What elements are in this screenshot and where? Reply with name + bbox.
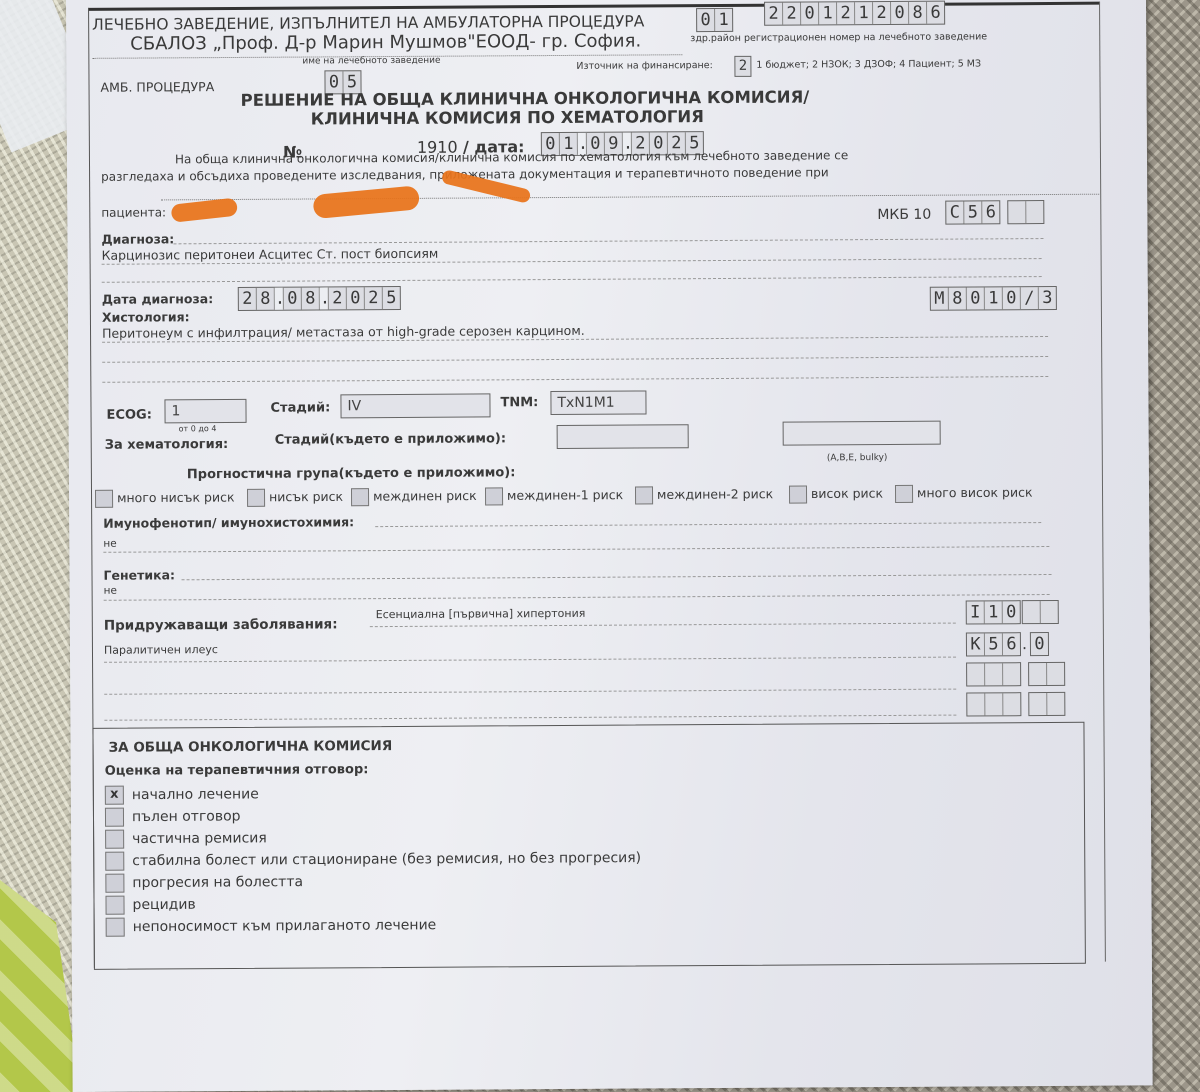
risk-label: междинен риск [373,488,477,504]
response-label: рецидив [132,897,195,913]
response-label: частична ремисия [132,830,267,847]
region-digit: 0 [697,9,715,31]
institution-caption: име на лечебното заведение [302,56,440,67]
comorbidity-code-boxes[interactable]: I 1 0 [966,600,1021,624]
risk-option[interactable]: междинен-1 риск [485,487,623,506]
financing-label: Източник на финансиране: [576,60,712,72]
code-char [1003,693,1020,715]
checkbox[interactable] [95,490,113,508]
date-digit: 8 [257,288,275,310]
section-title: ЗА ОБЩА ОНКОЛОГИЧНА КОМИСИЯ [109,738,393,756]
hem-stage-label: Стадий(където е приложимо): [275,431,506,447]
histology-label: Хистология: [102,309,190,325]
icd-char: C [946,202,964,224]
form-title-line2: КЛИНИЧНА КОМИСИЯ ПО ХЕМАТОЛОГИЯ [311,107,704,128]
region-digit: 1 [715,9,732,31]
reg-digit: 2 [765,3,783,25]
date-digit: 2 [329,287,347,309]
risk-option[interactable]: междинен риск [351,488,477,507]
response-option[interactable]: непоносимост към прилаганото лечение [106,916,437,937]
morphology-code-boxes[interactable]: M 8 0 1 0 / 3 [930,286,1057,311]
comorbidity-code-boxes[interactable] [966,662,1021,686]
hem-stage-field[interactable] [557,424,689,449]
checkbox[interactable] [351,488,369,506]
checkbox[interactable] [105,896,124,915]
code-char [1041,601,1058,623]
code-char [985,693,1003,715]
form-title-line1: РЕШЕНИЕ НА ОБЩА КЛИНИЧНА ОНКОЛОГИЧНА КОМ… [241,87,810,109]
financing-value: 2 [735,57,750,76]
checkbox[interactable] [635,486,653,504]
region-code-boxes[interactable]: 0 1 [696,8,733,32]
ecog-field[interactable]: 1 [164,399,246,424]
immunophenotype-value[interactable]: не [103,538,116,550]
date-digit: 8 [302,287,320,309]
genetics-label: Генетика: [103,567,175,582]
ecog-caption: от 0 до 4 [179,424,217,433]
comorbidity-sub-boxes[interactable] [1028,692,1065,716]
stage-field[interactable]: IV [340,393,490,418]
icd-code-boxes[interactable]: C 5 6 [945,200,1000,224]
date-separator: . [320,287,329,309]
risk-option[interactable]: много висок риск [895,484,1033,503]
risk-option[interactable]: междинен-2 риск [635,486,773,505]
genetics-value[interactable]: не [104,585,117,597]
form-sheet: ЛЕЧЕБНО ЗАВЕДЕНИЕ, ИЗПЪЛНИТЕЛ НА АМБУЛАТ… [66,0,1153,1092]
diagnosis-date-label: Дата диагноза: [102,291,213,307]
procedure-label: АМБ. ПРОЦЕДУРА [100,79,214,95]
checkbox[interactable] [789,485,807,503]
risk-label: нисък риск [269,489,343,504]
response-label: пълен отговор [132,808,241,825]
comorbidity-name[interactable]: Есенциална [първична] хипертония [376,607,586,621]
response-label: стабилна болест или стациониране (без ре… [132,850,641,869]
date-digit: 2 [239,288,257,310]
risk-label: много нисък риск [117,489,235,505]
risk-label: висок риск [811,486,883,501]
comorbidity-sub-boxes[interactable]: 0 [1030,632,1049,656]
reg-digit: 2 [873,2,891,24]
hematology-label: За хематология: [105,437,229,453]
morphology-char: / [1021,287,1039,309]
reg-digit: 2 [837,2,855,24]
checkbox[interactable] [105,830,124,849]
morphology-char: 0 [967,287,985,309]
code-char [985,663,1003,685]
icd-extra-char [1026,201,1043,223]
reg-digit: 0 [891,2,909,24]
registration-caption: здр.район регистрационен номер на лечебн… [690,31,987,44]
code-char: 1 [985,601,1003,623]
reg-digit: 6 [927,2,944,24]
checkbox[interactable] [485,487,503,505]
code-char: 6 [1003,633,1020,655]
institution-name: СБАЛОЗ „Проф. Д-р Марин Мушмов"ЕООД- гр.… [130,30,641,54]
morphology-char: 3 [1039,287,1056,309]
comorbidity-name[interactable]: Паралитичен илеус [104,643,218,657]
comorbidity-code-boxes[interactable] [966,692,1021,716]
comorbidities-label: Придружаващи заболявания: [104,616,338,633]
ecog-label: ECOG: [106,407,151,422]
reg-digit: 8 [909,2,927,24]
code-char [967,663,985,685]
comorbidity-sub-boxes[interactable] [1022,600,1059,624]
tnm-label: TNM: [500,395,538,410]
date-digit: 0 [284,288,302,310]
checkbox[interactable] [105,852,124,871]
date-separator: . [275,288,284,310]
financing-box[interactable]: 2 [734,56,751,77]
date-digit: 2 [365,287,383,309]
response-option[interactable]: xначално лечение [105,785,259,805]
reg-digit: 1 [855,2,873,24]
comorbidity-sub-boxes[interactable] [1028,662,1065,686]
code-char [1047,693,1064,715]
morphology-char: 0 [1003,287,1021,309]
code-char [967,693,985,715]
risk-option[interactable]: висок риск [789,485,883,504]
code-dot: . [1022,634,1027,653]
icd-char: 6 [982,201,999,223]
section-subtitle: Оценка на терапевтичния отговор: [105,762,369,779]
code-char [1029,693,1047,715]
code-char [1023,601,1041,623]
icd-extra-char [1008,201,1026,223]
stage-label: Стадий: [270,400,330,415]
code-char: 5 [985,633,1003,655]
tnm-field[interactable]: TxN1M1 [550,390,646,415]
immunophenotype-label: Имунофенотип/ имунохистохимия: [103,514,354,531]
checkbox[interactable] [105,874,124,893]
checkbox[interactable] [105,808,124,827]
response-option[interactable]: рецидив [105,895,195,915]
risk-option[interactable]: много нисък риск [95,489,235,508]
checkbox[interactable] [106,918,125,937]
checkbox-checked[interactable]: x [105,786,124,805]
icd-label: МКБ 10 [877,207,931,223]
risk-label: междинен-2 риск [657,486,773,502]
code-char: 0 [1003,601,1020,623]
response-option[interactable]: пълен отговор [105,807,241,827]
diagnosis-date-boxes[interactable]: 2 8 . 0 8 . 2 0 2 5 [238,286,401,311]
patient-label: пациента: [101,205,166,219]
icd-extra-boxes[interactable] [1007,200,1044,224]
reg-digit: 0 [801,2,819,24]
risk-label: междинен-1 риск [507,487,623,503]
hem-extra-caption: (A,B,E, bulky) [827,453,888,463]
morphology-char: 1 [985,287,1003,309]
hem-extra-field[interactable] [783,421,941,446]
checkbox[interactable] [247,489,265,507]
code-char [1047,663,1064,685]
date-digit: 5 [383,287,400,309]
reg-digit: 1 [819,2,837,24]
response-option[interactable]: стабилна болест или стациониране (без ре… [105,849,641,871]
code-char: 0 [1031,633,1048,655]
morphology-char: M [931,288,949,310]
histology-value[interactable]: Перитонеум с инфилтрация/ метастаза от h… [102,323,585,341]
response-label: непоносимост към прилаганото лечение [133,917,437,935]
code-char: I [967,601,985,623]
financing-legend: 1 бюджет; 2 НЗОК; 3 ДЗОФ; 4 Пациент; 5 М… [756,58,981,70]
code-char [1003,663,1020,685]
reg-digit: 2 [783,3,801,25]
response-option[interactable]: прогресия на болестта [105,873,303,893]
prognostic-label: Прогностична група(където е приложимо): [187,465,516,482]
morphology-char: 8 [949,288,967,310]
response-label: начално лечение [132,786,259,803]
code-char: K [967,633,985,655]
icd-char: 5 [964,201,982,223]
registration-number-boxes[interactable]: 2 2 0 1 2 1 2 0 8 6 [764,1,945,26]
checkbox[interactable] [895,485,913,503]
date-digit: 0 [347,287,365,309]
risk-label: много висок риск [917,485,1033,501]
risk-option[interactable]: нисък риск [247,488,343,507]
response-option[interactable]: частична ремисия [105,829,267,849]
response-label: прогресия на болестта [132,874,303,891]
comorbidity-code-boxes[interactable]: K 5 6 [966,632,1021,656]
diagnosis-label: Диагноза: [101,231,174,246]
diagnosis-value[interactable]: Карцинозис перитонеи Асцитес Ст. пост би… [102,246,439,263]
code-char [1029,663,1047,685]
